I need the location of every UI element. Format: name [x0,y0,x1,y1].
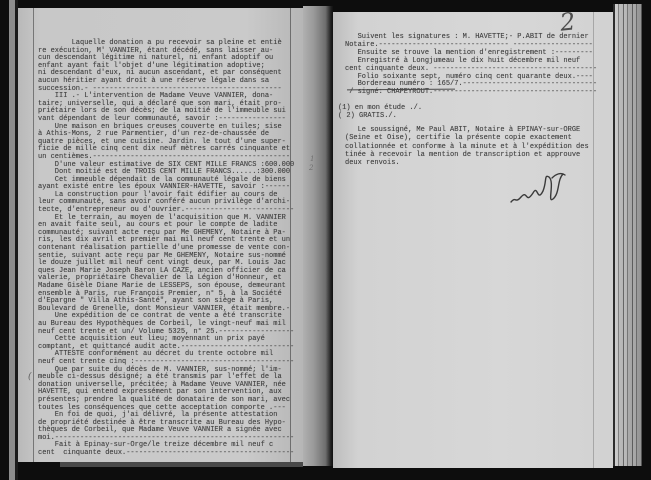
text-line: deux renvois. [345,159,607,167]
text-line: (Seine et Oise), certifie la présente co… [345,134,607,142]
left-page-text: Laquelle donation a pu recevoir sa plein… [38,40,300,458]
notary-signature-scribble [508,168,570,212]
text-line: (1) en mon étude ./. [338,104,538,112]
renvoi-mark-2: 2 [309,164,313,172]
left-page-margin-line [33,8,34,462]
certification-text: Le soussigné, Me Paul ABIT, Notaire à EP… [345,126,607,167]
text-line: collationnée et conforme à la minute et … [345,143,607,151]
registration-mention-text: Suivent les signatures : M. HAVETTE;- P.… [345,34,607,97]
renvoi-mark-paren: ( [28,372,32,382]
page-edge-stack [613,4,642,466]
book-gutter [303,6,333,466]
book-scan: Laquelle donation a pu recevoir sa plein… [0,0,651,480]
text-line: tinée à recevoir la mention de transcrip… [345,151,607,159]
under-page-edge [60,462,303,467]
renvoi-mark-1: 1 [310,155,314,163]
renvoi-notes-text: (1) en mon étude ./.( 2) GRATIS./. [338,104,538,120]
text-line: / signé: CHAPEYROUT.--------------------… [345,89,607,97]
text-line: ( 2) GRATIS./. [338,112,538,120]
text-line: cent cinquante deux.--------------------… [38,450,300,458]
